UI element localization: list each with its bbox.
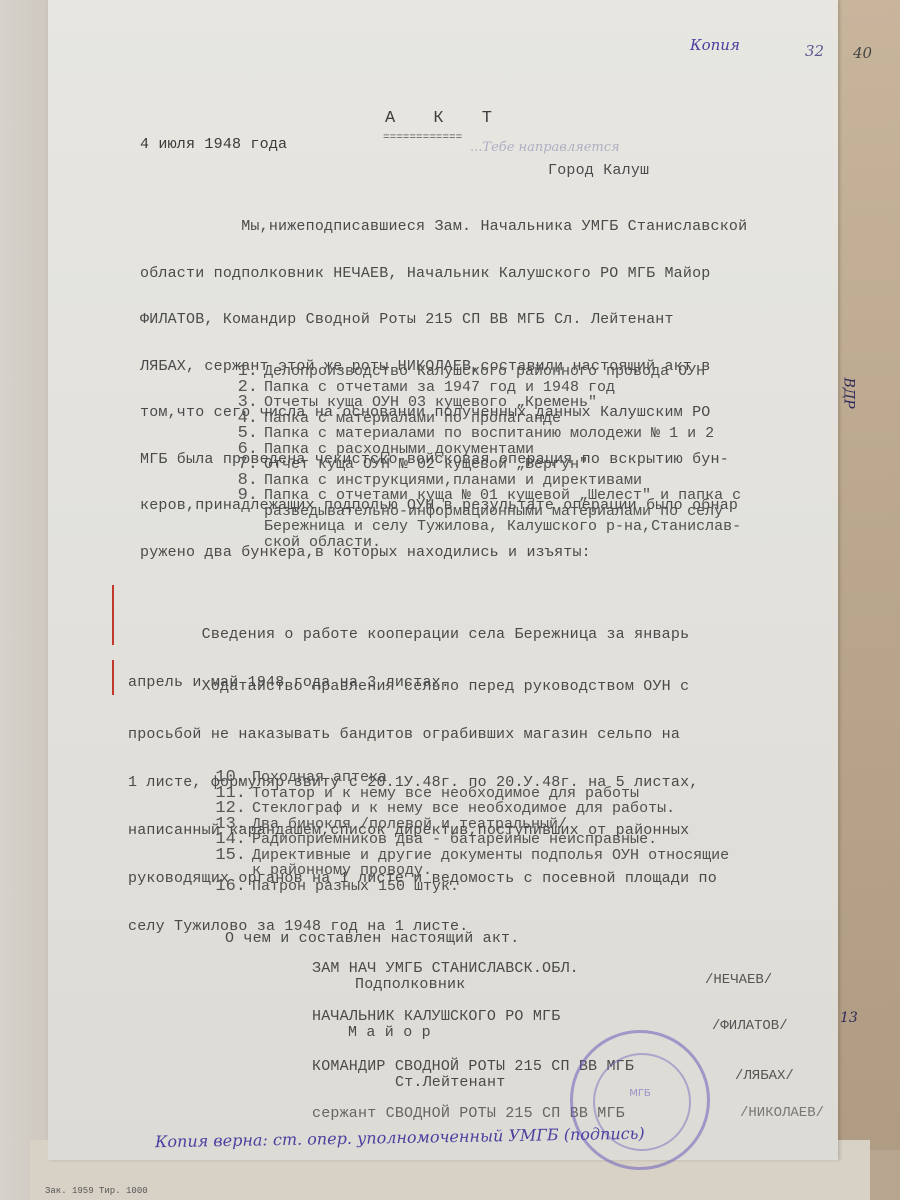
list-item: 10.Походная аптека [210, 770, 729, 786]
page-number: 32 [805, 42, 824, 60]
official-stamp: МГБ [570, 1030, 710, 1170]
list-item: 8.Папка с инструкциями,планами и директи… [222, 473, 741, 489]
red-margin-mark [112, 660, 114, 695]
list-item: 13.Два бинокля /полевой и театральный/ [210, 817, 729, 833]
list-item: 9.Папка с отчетами куща № 01 кущевой „Ше… [222, 488, 741, 504]
list-item: 2.Папка с отчетами за 1947 год и 1948 го… [222, 380, 741, 396]
seized-items-list-1: 1.Делопроизводство Калушского районного … [222, 364, 741, 550]
signature-name-4: /НИКОЛАЕВ/ [740, 1105, 824, 1121]
paragraph-line: Сведения о работе кооперации села Бережн… [128, 627, 689, 643]
intro-line: Мы,нижеподписавшиеся Зам. Начальника УМГ… [140, 219, 747, 235]
list-item: 5.Папка с материалами по воспитанию моло… [222, 426, 741, 442]
closing-statement: О чем и составлен настоящий акт. [225, 930, 519, 947]
signature-title-1: ЗАМ НАЧ УМГБ СТАНИСЛАВСК.ОБЛ. [312, 960, 579, 977]
list-item: 7.Отчет куща ОУН № 02 кущевой „Вергун" [222, 457, 741, 473]
page-number-alt: 40 [853, 44, 872, 62]
red-margin-mark [112, 585, 114, 645]
paragraph-line: просьбой не наказывать бандитов ограбивш… [128, 727, 717, 743]
signature-name-1: /НЕЧАЕВ/ [705, 972, 772, 988]
list-item: 1.Делопроизводство Калушского районного … [222, 364, 741, 380]
paragraph-line: Ходатайство правления сельпо перед руков… [128, 679, 717, 695]
footer-print: Зак. 1959 Тир. 1000 [45, 1186, 148, 1196]
signature-name-3: /ЛЯБАХ/ [735, 1068, 794, 1084]
signature-rank-1: Подполковник [355, 976, 465, 993]
list-item-continuation: разведывательно-информационными материал… [222, 504, 741, 520]
intro-line: ФИЛАТОВ, Командир Сводной Роты 215 СП ВВ… [140, 312, 747, 328]
list-item: 4.Папка с материалами по пропаганде [222, 411, 741, 427]
list-item: 15.Директивные и другие документы подпол… [210, 848, 729, 864]
document-city: Город Калуш [548, 162, 649, 179]
signature-title-2: НАЧАЛЬНИК КАЛУШСКОГО РО МГБ [312, 1008, 560, 1025]
list-item: 11.Тотатор и к нему все необходимое для … [210, 786, 729, 802]
list-item: 3.Отчеты куща ОУН 03 кущевого „Кремень" [222, 395, 741, 411]
copy-note: Копия [690, 36, 740, 54]
document-date: 4 июля 1948 года [140, 136, 287, 153]
cardboard-mark: 13 [840, 1010, 858, 1026]
list-item: 12.Стеклограф и к нему все необходимое д… [210, 801, 729, 817]
signature-rank-3: Ст.Лейтенант [395, 1074, 505, 1091]
list-item-continuation: к районному проводу. [210, 863, 729, 879]
list-item: 14.Радиоприемников два - батарейные неис… [210, 832, 729, 848]
right-edge-note: ВДР [841, 377, 857, 408]
list-item-continuation: ской области. [222, 535, 741, 551]
stamp-text: МГБ [573, 1088, 707, 1099]
list-item: 16.Патрон разных 150 штук. [210, 879, 729, 895]
signature-rank-2: М а й о р [348, 1024, 431, 1041]
signature-name-2: /ФИЛАТОВ/ [712, 1018, 788, 1034]
pencil-note: ...Тебе направляется [470, 140, 620, 155]
title-underline: ============ [383, 130, 462, 147]
document-title: А К Т [385, 110, 506, 127]
list-item-continuation: Бережница и селу Тужилова, Калушского р-… [222, 519, 741, 535]
intro-line: области подполковник НЕЧАЕВ, Начальник К… [140, 266, 747, 282]
list-item: 6.Папка с расходными документами [222, 442, 741, 458]
seized-items-list-2: 10.Походная аптека 11.Тотатор и к нему в… [210, 770, 729, 894]
